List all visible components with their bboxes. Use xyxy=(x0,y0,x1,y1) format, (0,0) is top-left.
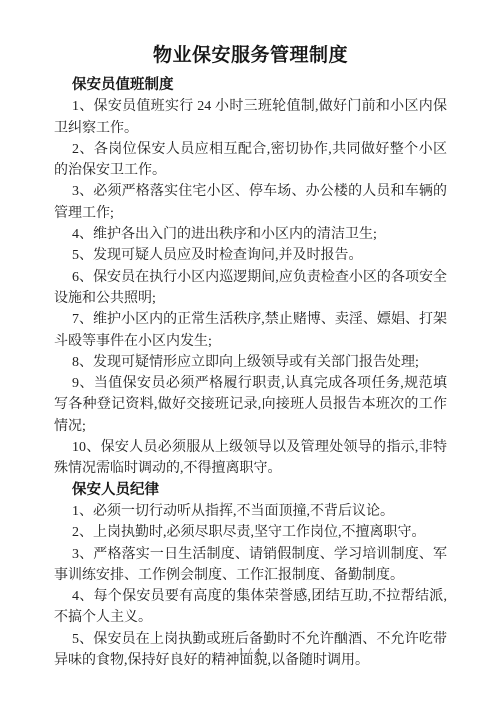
paragraph: 6、保安员在执行小区内巡逻期间,应负责检查小区的各项安全设施和公共照明; xyxy=(54,267,447,310)
paragraph: 9、当值保安员必须严格履行职责,认真完成各项任务,规范填写各种登记资料,做好交接… xyxy=(54,373,447,437)
document-title: 物业保安服务管理制度 xyxy=(54,44,447,68)
paragraph: 7、维护小区内的正常生活秩序,禁止赌博、卖淫、嫖娼、打架斗殴等事件在小区内发生; xyxy=(54,309,447,352)
paragraph: 4、维护各出入门的进出秩序和小区内的清洁卫生; xyxy=(54,224,447,245)
paragraph: 1、必须一切行动听从指挥,不当面顶撞,不背后议论。 xyxy=(54,501,447,522)
paragraph: 1、保安员值班实行 24 小时三班轮值制,做好门前和小区内保卫纠察工作。 xyxy=(54,96,447,139)
page-number: 1 / 4 xyxy=(0,646,500,660)
paragraph: 3、必须严格落实住宅小区、停车场、办公楼的人员和车辆的管理工作; xyxy=(54,181,447,224)
paragraph: 3、严格落实一日生活制度、请销假制度、学习培训制度、军事训练安排、工作例会制度、… xyxy=(54,544,447,587)
document-page: 物业保安服务管理制度 保安员值班制度 1、保安员值班实行 24 小时三班轮值制,… xyxy=(0,0,500,708)
paragraph: 10、保安人员必须服从上级领导以及管理处领导的指示,非特殊情况需临时调动的,不得… xyxy=(54,437,447,480)
section-heading-duty-system: 保安员值班制度 xyxy=(54,75,447,96)
document-content: 物业保安服务管理制度 保安员值班制度 1、保安员值班实行 24 小时三班轮值制,… xyxy=(54,44,447,671)
paragraph: 5、发现可疑人员应及时检查询问,并及时报告。 xyxy=(54,245,447,266)
paragraph: 8、发现可疑情形应立即向上级领导或有关部门报告处理; xyxy=(54,352,447,373)
paragraph: 4、每个保安员要有高度的集体荣誉感,团结互助,不拉帮结派,不搞个人主义。 xyxy=(54,586,447,629)
section-heading-personnel-discipline: 保安人员纪律 xyxy=(54,480,447,501)
paragraph: 2、上岗执勤时,必须尽职尽责,坚守工作岗位,不擅离职守。 xyxy=(54,522,447,543)
paragraph: 2、各岗位保安人员应相互配合,密切协作,共同做好整个小区的治保安卫工作。 xyxy=(54,139,447,182)
